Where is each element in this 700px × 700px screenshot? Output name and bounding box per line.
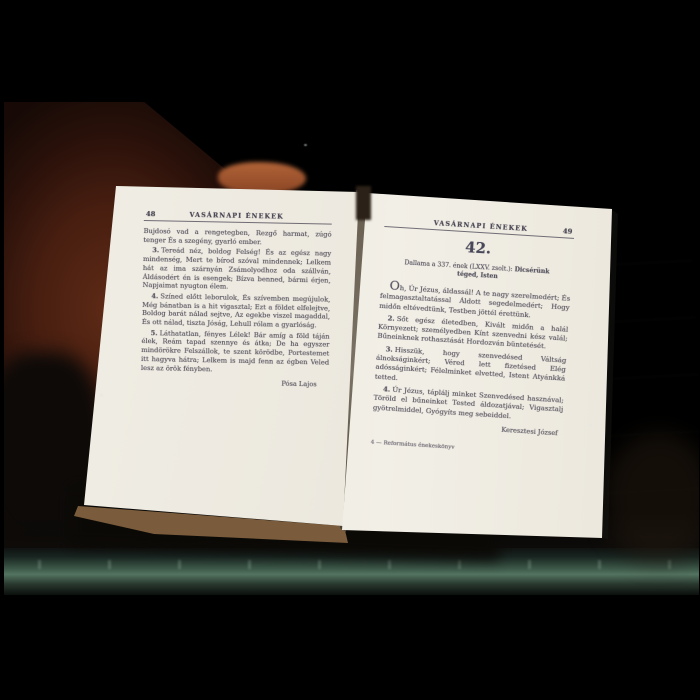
dust-speck	[100, 394, 103, 396]
header-spacer	[387, 222, 399, 223]
verse-number: 3.	[385, 345, 393, 353]
verse-text: Színed előtt leborulok, És szívemben meg…	[142, 292, 331, 329]
left-running-title: VASÁRNAPI ÉNEKEK	[155, 210, 318, 221]
hymn-paragraph: Bujdosó vad a rengetegben, Rezgő harmat,…	[143, 227, 331, 248]
dust-speck	[589, 424, 592, 426]
tune-indication: Dallama a 337. ének (LXXV. zsolt.):Dicsé…	[381, 258, 572, 286]
right-page-text: VASÁRNAPI ÉNEKEK 49 42. Dallama a 337. é…	[371, 216, 575, 457]
verse-number: 3.	[152, 247, 159, 255]
verse-number: 2.	[387, 314, 395, 322]
hymn-paragraph: 3.Tereád néz, boldog Felség! És az egész…	[142, 246, 331, 293]
left-page-header: 48 VASÁRNAPI ÉNEKEK	[144, 210, 332, 225]
verse-number: 4.	[151, 292, 158, 300]
table-edge-highlight	[4, 560, 699, 569]
binding-stitch	[356, 186, 371, 220]
tune-title-part2: téged, Isten	[457, 271, 498, 281]
verse-text: Bujdosó vad a rengetegben, Rezgő harmat,…	[143, 227, 331, 246]
photograph: 48 VASÁRNAPI ÉNEKEK Bujdosó vad a renget…	[4, 102, 699, 595]
verse-text: Láthatatlan, fényes Lélek! Bár amíg a fö…	[141, 329, 330, 373]
right-page-number: 49	[563, 227, 573, 236]
table-front-edge	[4, 548, 699, 595]
hymn-paragraph: 5.Láthatatlan, fényes Lélek! Bár amíg a …	[141, 329, 330, 376]
left-page-number: 48	[146, 210, 156, 218]
verse-number: 5.	[151, 329, 158, 337]
verse-text: h, Úr Jézus, áldassál! A te nagy szerelm…	[379, 284, 570, 319]
hymn-number: 42.	[383, 233, 574, 263]
verse-text: Tereád néz, boldog Felség! És az egész n…	[142, 247, 331, 291]
left-page-text: 48 VASÁRNAPI ÉNEKEK Bujdosó vad a renget…	[141, 210, 332, 389]
verse-number: 4.	[383, 385, 391, 393]
dust-speck	[304, 144, 307, 146]
hymn-paragraph: 4.Színed előtt leborulok, És szívemben m…	[142, 292, 331, 330]
tune-title-part1: Dicsérünk	[514, 266, 549, 275]
